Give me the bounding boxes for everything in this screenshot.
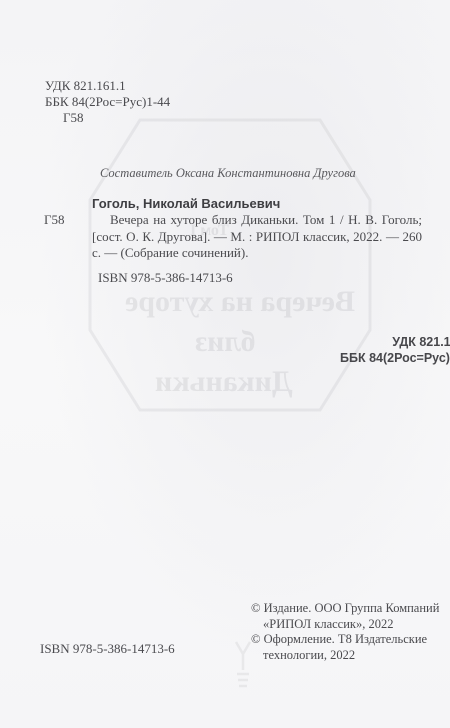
copyright-line-3: © Оформление. Т8 Издательские: [251, 632, 439, 648]
copyright-block: © Издание. ООО Группа Компаний «РИПОЛ кл…: [251, 601, 439, 663]
top-classification-block: УДК 821.161.1 ББК 84(2Рос=Рус)1-44 Г58: [45, 78, 170, 126]
bbk-code-right: ББК 84(2Рос=Рус)1-44: [340, 350, 450, 366]
bibliographic-description: Вечера на хуторе близ Диканьки. Том 1 / …: [92, 212, 422, 262]
copyright-line-1: © Издание. ООО Группа Компаний: [251, 601, 439, 617]
record-author-mark: Г58: [44, 212, 65, 228]
isbn-bottom: ISBN 978-5-386-14713-6: [40, 641, 175, 657]
copyright-line-4: технологии, 2022: [251, 648, 439, 664]
right-classification-block: УДК 821.161.1 ББК 84(2Рос=Рус)1-44: [340, 334, 450, 366]
copyright-line-2: «РИПОЛ классик», 2022: [251, 617, 439, 633]
ghost-title-line1: Вечера на хуторе: [125, 285, 355, 319]
udk-code: УДК 821.161.1: [45, 78, 170, 94]
ghost-title-line3: Диканьки: [155, 365, 292, 399]
isbn-record: ISBN 978-5-386-14713-6: [98, 270, 233, 286]
publisher-logo-icon: [232, 640, 254, 690]
author-heading: Гоголь, Николай Васильевич: [92, 196, 280, 211]
compiler-line: Составитель Оксана Константиновна Другов…: [100, 166, 356, 181]
bbk-code: ББК 84(2Рос=Рус)1-44: [45, 94, 170, 110]
udk-code-right: УДК 821.161.1: [340, 334, 450, 350]
ghost-title-line2: близ: [195, 325, 255, 359]
book-page: Том I Вечера на хуторе близ Диканьки УДК…: [0, 0, 450, 728]
author-mark: Г58: [45, 110, 170, 126]
